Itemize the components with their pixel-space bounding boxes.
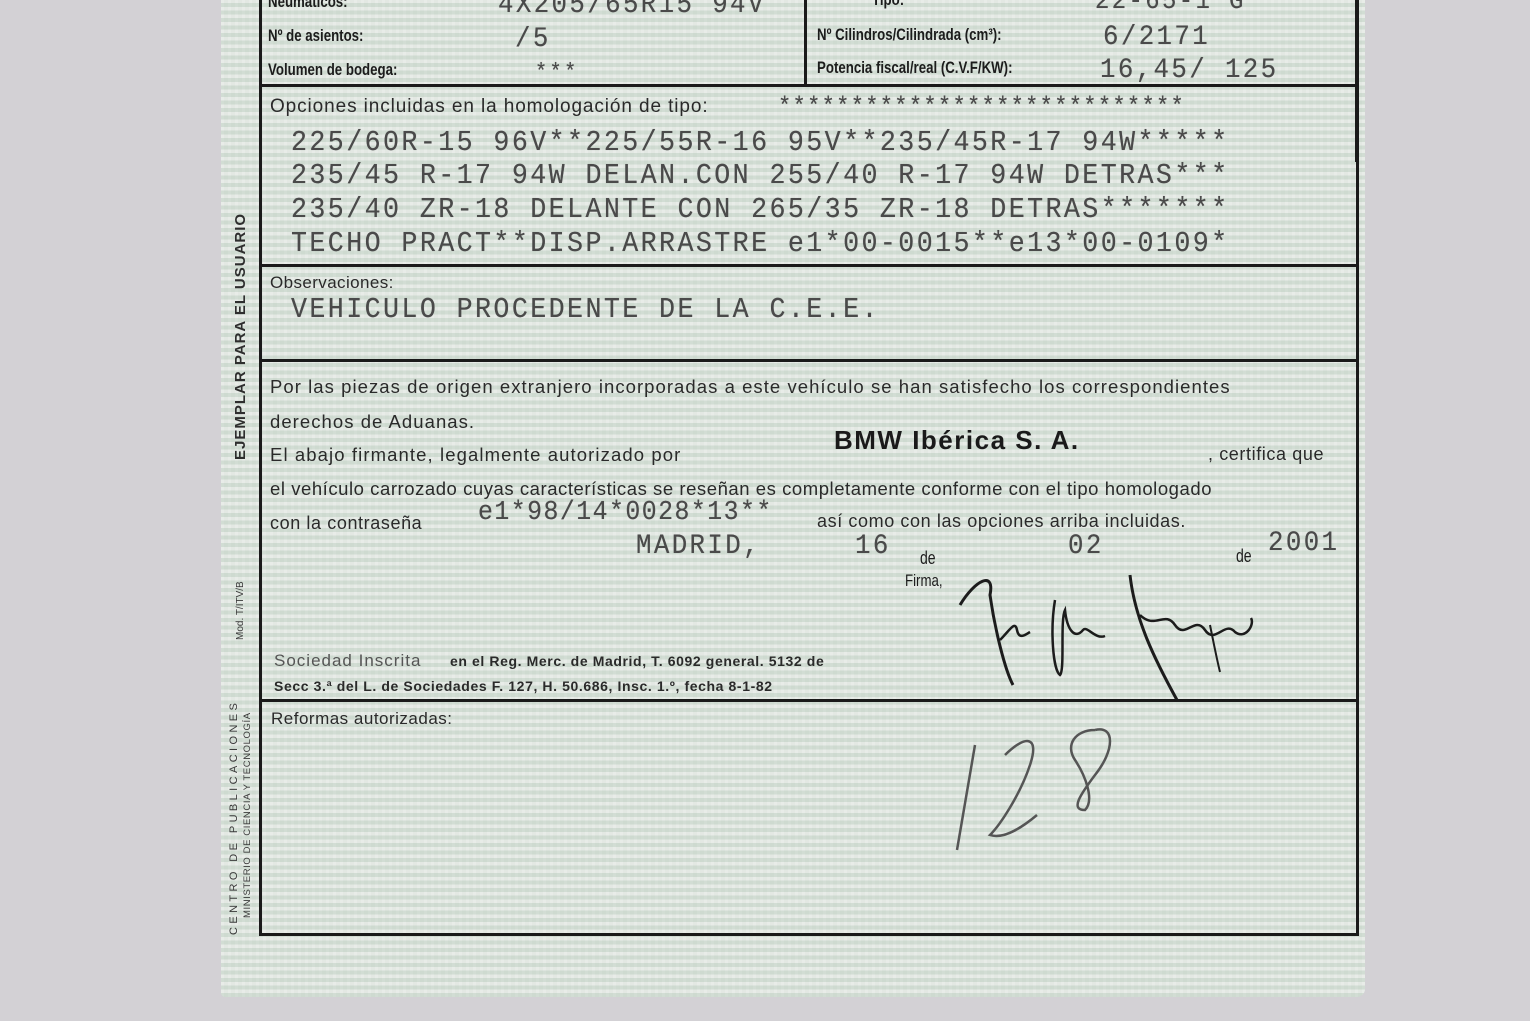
signature-label: Firma, xyxy=(905,571,943,591)
registry-prefix: Sociedad Inscrita xyxy=(274,651,421,671)
date-de-2: de xyxy=(1236,546,1252,567)
power-label: Potencia fiscal/real (C.V.F/KW): xyxy=(817,58,1013,78)
observations-label: Observaciones: xyxy=(270,273,394,293)
type-value: 22-65-1 G xyxy=(1095,0,1246,16)
date-de-1: de xyxy=(920,548,936,569)
cargo-volume-label: Volumen de bodega: xyxy=(268,60,397,80)
publisher-line-2: MINISTERIO DE CIENCIA Y TECNOLOGÍA xyxy=(242,712,253,918)
power-value: 16,45/ 125 xyxy=(1100,55,1279,86)
signature-mark xyxy=(955,570,1265,705)
conformity-statement: el vehículo carrozado cuyas característi… xyxy=(270,478,1212,500)
options-line-4: TECHO PRACT**DISP.ARRASTRE e1*00-0015**e… xyxy=(291,227,1230,260)
tires-value: 4X205/65R15 94V xyxy=(498,0,766,21)
type-label: Tipo: xyxy=(872,0,904,10)
copy-type-label: EJEMPLAR PARA EL USUARIO xyxy=(232,213,249,460)
publisher-line-1: CENTRO DE PUBLICACIONES xyxy=(228,700,240,935)
year-value: 2001 xyxy=(1268,528,1339,559)
options-label: Opciones incluidas en la homologación de… xyxy=(270,96,709,118)
month-value: 02 xyxy=(1068,531,1104,562)
divider-specs-column xyxy=(804,0,807,86)
options-line-3: 235/40 ZR-18 DELANTE CON 265/35 ZR-18 DE… xyxy=(291,193,1230,226)
handwritten-reform-number: 128 xyxy=(945,715,1135,865)
registry-line-1: en el Reg. Merc. de Madrid, T. 6092 gene… xyxy=(450,653,824,669)
divider-observations xyxy=(259,359,1359,362)
options-line-0: **************************** xyxy=(778,94,1185,121)
cargo-volume-value: *** xyxy=(535,60,579,85)
approval-prefix: con la contraseña xyxy=(270,513,422,534)
divider-options xyxy=(259,264,1359,267)
registry-line-2: Secc 3.ª del L. de Sociedades F. 127, H.… xyxy=(274,678,773,694)
seats-value: /5 xyxy=(515,24,551,55)
observations-value: VEHICULO PROCEDENTE DE LA C.E.E. xyxy=(291,293,880,326)
cylinders-displacement-value: 6/2171 xyxy=(1103,22,1210,53)
place-value: MADRID, xyxy=(636,531,761,562)
model-label: Mod. T/ITV/B xyxy=(235,581,246,640)
company-name: BMW Ibérica S. A. xyxy=(834,425,1080,456)
seats-label: Nº de asientos: xyxy=(268,26,363,46)
customs-statement-line-1: Por las piezas de origen extranjero inco… xyxy=(270,376,1231,398)
options-line-1: 225/60R-15 96V**225/55R-16 95V**235/45R-… xyxy=(291,126,1230,159)
options-line-2: 235/45 R-17 94W DELAN.CON 255/40 R-17 94… xyxy=(291,159,1230,192)
approval-suffix: así como con las opciones arriba incluid… xyxy=(817,511,1186,532)
approval-number: e1*98/14*0028*13** xyxy=(478,498,773,528)
customs-statement-line-2: derechos de Aduanas. xyxy=(270,411,475,433)
cylinders-displacement-label: Nº Cilindros/Cilindrada (cm³): xyxy=(817,25,1002,45)
right-edge-tab xyxy=(1355,0,1358,162)
signer-statement-suffix: , certifica que xyxy=(1208,444,1324,465)
day-value: 16 xyxy=(855,531,891,562)
tires-label: Neumáticos: xyxy=(268,0,348,12)
reforms-label: Reformas autorizadas: xyxy=(271,709,453,729)
signer-statement-prefix: El abajo firmante, legalmente autorizado… xyxy=(270,444,681,466)
